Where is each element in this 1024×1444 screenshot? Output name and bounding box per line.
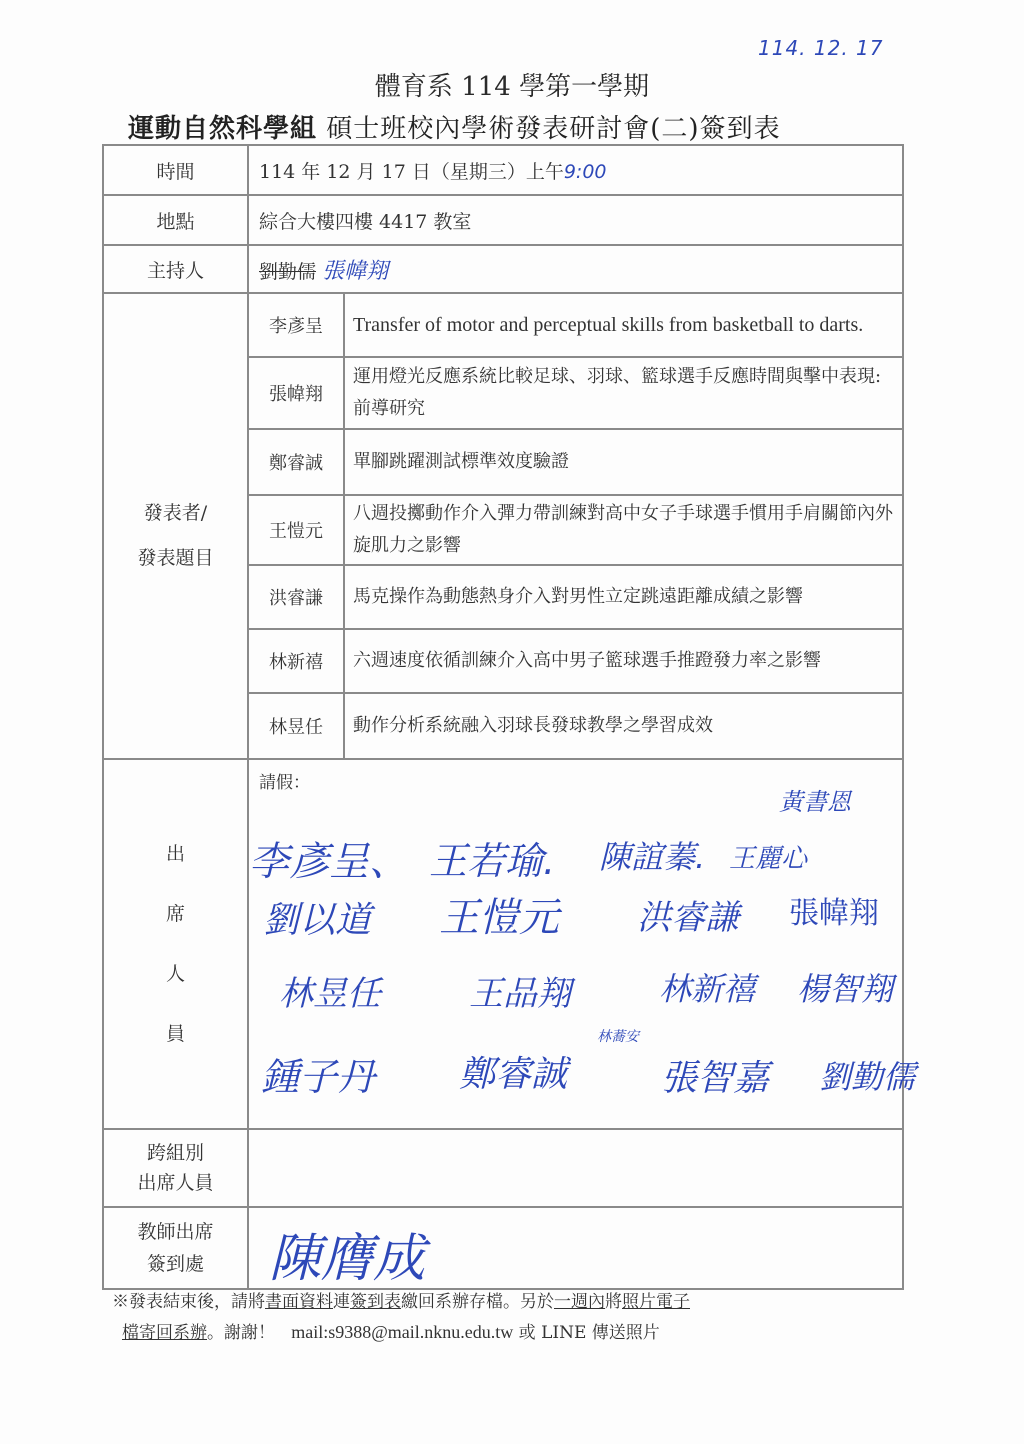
- contact-email: mail:s9388@mail.nknu.edu.tw: [291, 1322, 513, 1342]
- presentation-title: Transfer of motor and perceptual skills …: [344, 293, 903, 357]
- presenter-name: 王愷元: [248, 495, 344, 565]
- signature: 王愷元: [439, 886, 559, 943]
- signature: 鄭睿誠: [459, 1046, 567, 1097]
- host-row: 主持人 劉勤儒 張幃翔: [103, 245, 903, 293]
- presentation-title: 動作分析系統融入羽球長發球教學之學習成效: [344, 693, 903, 759]
- document-subtitle: 運動自然科學組 碩士班校內學術發表研討會(二)簽到表: [128, 108, 781, 145]
- host-struck-name: 劉勤儒: [259, 261, 316, 283]
- presenter-name: 林昱任: [248, 693, 344, 759]
- presenter-name: 洪睿謙: [248, 565, 344, 629]
- host-label: 主持人: [103, 245, 248, 293]
- cross-group-label-line2: 出席人員: [104, 1168, 247, 1198]
- footer-underlined: 檔寄回系辦: [122, 1323, 207, 1343]
- presenter-name: 鄭睿誠: [248, 429, 344, 495]
- attendance-label-char: 出: [104, 824, 247, 884]
- signature: 林昱任: [279, 966, 381, 1015]
- signature: 黃書恩: [779, 782, 851, 817]
- attendance-label-char: 人: [104, 944, 247, 1004]
- time-handwritten: 9:00: [564, 161, 607, 183]
- document-title: 體育系 114 學第一學期: [0, 66, 1024, 103]
- footer-text: 連: [333, 1292, 350, 1312]
- presentation-title: 運用燈光反應系統比較足球、羽球、籃球選手反應時間與擊中表現:前導研究: [344, 357, 903, 429]
- footer-text: 或 LINE 傳送照片: [513, 1323, 660, 1343]
- footer-text: 。謝謝！: [207, 1323, 275, 1343]
- footer-note-line1: ※發表結束後，請將書面資料連簽到表繳回系辦存檔。另於一週內將照片電子: [112, 1287, 690, 1312]
- teacher-label-line1: 教師出席: [104, 1216, 247, 1248]
- signature: 劉勤儒: [819, 1052, 915, 1098]
- cross-group-signatures-area: [248, 1129, 903, 1207]
- presenters-label-line1: 發表者/: [104, 483, 247, 543]
- footer-underlined: 一週內: [554, 1292, 605, 1312]
- leave-label: 請假：: [259, 768, 310, 793]
- signature: 王若瑜.: [429, 830, 555, 885]
- footer-text: 將: [605, 1292, 622, 1312]
- presentation-title: 馬克操作為動態熱身介入對男性立定跳遠距離成績之影響: [344, 565, 903, 629]
- cross-group-label: 跨組別 出席人員: [103, 1129, 248, 1207]
- signature: 李彥呈、: [249, 830, 409, 887]
- host-handwritten-name: 張幃翔: [322, 259, 388, 284]
- signature: 張幃翔: [789, 888, 879, 932]
- teacher-signature-area: 陳膺成: [248, 1207, 903, 1289]
- place-row: 地點 綜合大樓四樓 4417 教室: [103, 195, 903, 245]
- presentation-title: 八週投擲動作介入彈力帶訓練對高中女子手球選手慣用手肩關節內外旋肌力之影響: [344, 495, 903, 565]
- footer-underlined: 書面資料: [265, 1292, 333, 1312]
- footer-underlined: 照片電子: [622, 1292, 690, 1312]
- sign-in-form-table: 時間 114 年 12 月 17 日（星期三）上午9:00 地點 綜合大樓四樓 …: [102, 144, 904, 1290]
- place-label: 地點: [103, 195, 248, 245]
- attendance-label-char: 員: [104, 1004, 247, 1064]
- footer-text: 繳回系辦存檔。另於: [401, 1292, 554, 1312]
- presenters-label: 發表者/ 發表題目: [103, 293, 248, 759]
- signature: 王品翔: [469, 966, 571, 1015]
- teacher-label-line2: 簽到處: [104, 1248, 247, 1280]
- presentation-title: 單腳跳躍測試標準效度驗證: [344, 429, 903, 495]
- presenter-name: 李彥呈: [248, 293, 344, 357]
- presenter-row: 發表者/ 發表題目 李彥呈 Transfer of motor and perc…: [103, 293, 903, 357]
- cross-group-row: 跨組別 出席人員: [103, 1129, 903, 1207]
- signature: 王麗心: [729, 838, 807, 875]
- teacher-label: 教師出席 簽到處: [103, 1207, 248, 1289]
- host-value: 劉勤儒 張幃翔: [248, 245, 903, 293]
- time-value: 114 年 12 月 17 日（星期三）上午9:00: [248, 145, 903, 195]
- signature: 張智嘉: [661, 1050, 769, 1101]
- handwritten-date: 114. 12. 17: [758, 36, 884, 60]
- attendance-label-char: 席: [104, 884, 247, 944]
- signature: 鍾子丹: [261, 1046, 375, 1101]
- teacher-signature: 陳膺成: [269, 1216, 425, 1291]
- group-name: 運動自然科學組: [128, 114, 317, 144]
- signature: 劉以道: [263, 892, 371, 943]
- presentation-title: 六週速度依循訓練介入高中男子籃球選手推蹬發力率之影響: [344, 629, 903, 693]
- signature: 林新禧: [659, 964, 755, 1010]
- attendance-row: 出 席 人 員 請假： 黃書恩 李彥呈、 王若瑜. 陳誼蓁. 王麗心 劉以道 王…: [103, 759, 903, 1129]
- footer-text: ※發表結束後，請將: [112, 1292, 265, 1312]
- signature: 陳誼蓁.: [599, 832, 705, 878]
- time-label: 時間: [103, 145, 248, 195]
- cross-group-label-line1: 跨組別: [104, 1138, 247, 1168]
- time-row: 時間 114 年 12 月 17 日（星期三）上午9:00: [103, 145, 903, 195]
- presenter-name: 張幃翔: [248, 357, 344, 429]
- footer-note-line2: 檔寄回系辦。謝謝！ mail:s9388@mail.nknu.edu.tw 或 …: [122, 1318, 660, 1343]
- attendance-label: 出 席 人 員: [103, 759, 248, 1129]
- time-text: 114 年 12 月 17 日（星期三）上午: [259, 161, 564, 183]
- presenters-label-line2: 發表題目: [104, 543, 247, 570]
- attendance-signatures-area: 請假： 黃書恩 李彥呈、 王若瑜. 陳誼蓁. 王麗心 劉以道 王愷元 洪睿謙 張…: [248, 759, 903, 1129]
- teacher-row: 教師出席 簽到處 陳膺成: [103, 1207, 903, 1289]
- signature: 林蕎安: [597, 1026, 639, 1046]
- presenter-name: 林新禧: [248, 629, 344, 693]
- signature: 楊智翔: [797, 964, 893, 1010]
- footer-underlined: 簽到表: [350, 1292, 401, 1312]
- event-name: 碩士班校內學術發表研討會(二)簽到表: [317, 114, 781, 144]
- signature: 洪睿謙: [637, 890, 739, 939]
- place-value: 綜合大樓四樓 4417 教室: [248, 195, 903, 245]
